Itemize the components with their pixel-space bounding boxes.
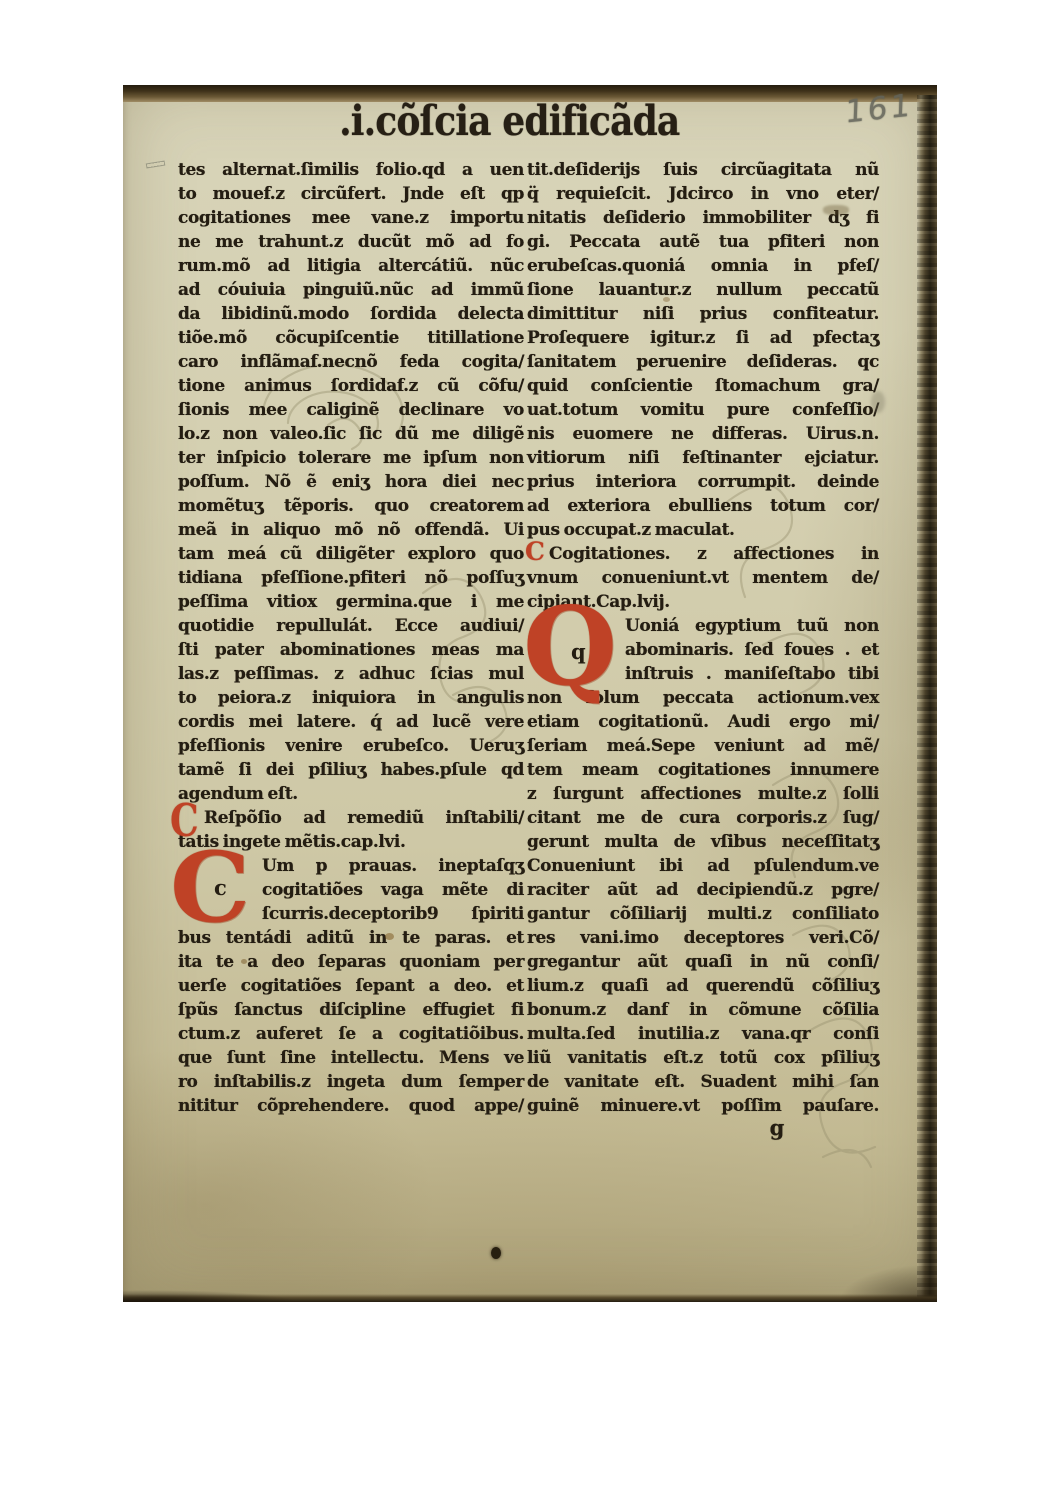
initial-c-glyph: C (170, 851, 256, 925)
text-line: ſione lauantur.z nullum peccatũ (527, 278, 879, 302)
text-line: rum.mõ ad litigia altercátiũ. nũc (178, 254, 524, 278)
foxing-spot (241, 959, 247, 964)
text-line: tione animus ſordidaf.z cũ cõfu/ (178, 374, 524, 398)
text-line: ſti pater abominationes meas ma (178, 638, 524, 662)
running-title: .i.cõſcia edificãda (123, 97, 937, 145)
text-line: gi. Peccata autẽ tua pfiteri non (527, 230, 879, 254)
text-line: ter inſpicio tolerare me ipſum non (178, 446, 524, 470)
rubricated-initial-Q: Q q (523, 611, 617, 689)
text-line: cordis mei latere. q́ ad lucẽ vere (178, 710, 524, 734)
text-line: bonum.z danf in cõmune cõſilia (527, 998, 879, 1022)
text-line: gerunt multa de vſibus neceſſitatʒ (527, 830, 879, 854)
text-line: quotidie repullulát. Ecce audiui/ (178, 614, 524, 638)
text-line: q̈ requieſcit. Jdcirco in vno eter/ (527, 182, 879, 206)
margin-smudge (871, 391, 885, 413)
text-line: citant me de cura corporis.z ſug/ (527, 806, 879, 830)
text-line: poſſum. Nõ ẽ eniʒ hora diei nec (178, 470, 524, 494)
text-line: tamẽ ſi dei pſiliuʒ habes.pſule qd (178, 758, 524, 782)
text-line: lo.z non valeo.ſic ſic dũ me diligẽ (178, 422, 524, 446)
text-line: pus occupat.z maculat. (527, 518, 879, 542)
foxing-spot (663, 297, 670, 302)
text-line: de vanitate eſt. Suadent mihi ſan (527, 1070, 879, 1094)
text-line: multa.ſed inutilia.z vana.qr conſi (527, 1022, 879, 1046)
text-line: que ſunt ſine intellectu. Mens ve (178, 1046, 524, 1070)
text-line: caro inflãmaf.necnõ feda cogita/ (178, 350, 524, 374)
signature-mark: g (755, 1115, 799, 1140)
text-line: cogitationes mee vane.z importu (178, 206, 524, 230)
text-line: ſionis mee caliginẽ declinare vo (178, 398, 524, 422)
text-line: uerſe cogitatiões ſepant a deo. et (178, 974, 524, 998)
text-line: ne me trahunt.z ducũt mõ ad fo (178, 230, 524, 254)
text-line: ſpũs ſanctus diſcipline effugiet fi (178, 998, 524, 1022)
text-line: tam meá cũ diligẽter exploro quo (178, 542, 524, 566)
text-line: nis euomere ne differas. Uirus.n. (527, 422, 879, 446)
text-line: momẽtuʒ tẽporis. quo creatorem (178, 494, 524, 518)
text-line: liũ vanitatis eſt.z totũ cox pſiliuʒ (527, 1046, 879, 1070)
text-line: pfeſſionis venire erubeſco. Ueruʒ (178, 734, 524, 758)
foxing-spot (385, 933, 394, 940)
folio-number-handwritten: 161 (845, 87, 914, 130)
text-line: ſeriam meá.Sepe veniunt ad mẽ/ (527, 734, 879, 758)
initial-q-glyph: Q (523, 611, 617, 683)
text-line: tidiana pfeſſione.pfiteri nõ poſſuʒ (178, 566, 524, 590)
text-line: uat.totum vomitu pure confeſſio/ (527, 398, 879, 422)
guide-letter-q: q (571, 639, 586, 664)
text-line: lium.z quaſi ad querendũ cõſiliuʒ (527, 974, 879, 998)
bottom-left-shadow (123, 1284, 363, 1302)
text-line: dimittitur niſi prius confiteatur. (527, 302, 879, 326)
wormhole-spot (491, 1247, 501, 1259)
text-line: tem meam cogitationes innumere (527, 758, 879, 782)
text-line: ctum.z auferet ſe a cogitatiõibus. (178, 1022, 524, 1046)
text-line: ad cóuiuia pinguiũ.nũc ad immũ (178, 278, 524, 302)
text-line: peſſima vitiox germina.que i me (178, 590, 524, 614)
guide-letter-c: c (214, 875, 227, 900)
text-line: gregantur aũt quaſi in nũ conſi/ (527, 950, 879, 974)
text-line: to peiora.z iniquiora in angulis (178, 686, 524, 710)
text-line: CCogitationes. z affectiones in (527, 542, 879, 566)
text-line: Conueniunt ibi ad pſulendum.ve (527, 854, 879, 878)
text-line: las.z peſſimas. z adhuc ſcias mul (178, 662, 524, 686)
text-line: raciter aũt ad decipiendũ.z pgre/ (527, 878, 879, 902)
text-line: quid conſcientie ſtomachum gra/ (527, 374, 879, 398)
text-line: Proſequere igitur.z ſi ad pfectaʒ (527, 326, 879, 350)
rubric-paragraph-mark: C (525, 540, 545, 564)
bottom-right-shadow (777, 1242, 937, 1302)
text-line: erubeſcas.quoniá omnia in pfeſ/ (527, 254, 879, 278)
text-line: guinẽ minuere.vt poſſim pauſare. (527, 1094, 879, 1118)
text-line: prius interiora corrumpit. deinde (527, 470, 879, 494)
text-line: vitiorum niſi feſtinanter ejciatur. (527, 446, 879, 470)
text-line: etiam cogitationũ. Audi ergo mi/ (527, 710, 879, 734)
text-line: to mouef.z circũfert. Jnde eſt qp (178, 182, 524, 206)
text-line: tit.deſiderijs ſuis circũagitata nũ (527, 158, 879, 182)
text-line: ro inſtabilis.z ingeta dum ſemper (178, 1070, 524, 1094)
text-line: res vani.imo deceptores veri.Cõ/ (527, 926, 879, 950)
text-line: tiõe.mõ cõcupiſcentie titillatione (178, 326, 524, 350)
text-line: da libidinũ.modo ſordida delecta (178, 302, 524, 326)
rubricated-initial-C: C c (172, 851, 254, 927)
text-line: CReſpõſio ad remediũ inſtabili/ (178, 806, 524, 830)
text-line: tes alternat.ſimilis folio.qd a uen (178, 158, 524, 182)
foxing-spot (823, 205, 849, 215)
text-line: ad exteriora ebulliens totum cor/ (527, 494, 879, 518)
text-line: z ſurgunt affectiones multe.z ſolli (527, 782, 879, 806)
margin-pencil-dash (147, 162, 164, 167)
book-page: .i.cõſcia edificãda 161 tes alternat.ſim… (123, 85, 937, 1302)
text-line: agendum eſt. (178, 782, 524, 806)
scan-background: .i.cõſcia edificãda 161 tes alternat.ſim… (0, 0, 1060, 1500)
text-line: ſanitatem peruenire deſideras. qc (527, 350, 879, 374)
text-line: gantur cõſiliarij multi.z conſiliato (527, 902, 879, 926)
text-line: nititur cõprehendere. quod appe/ (178, 1094, 524, 1118)
text-column-left: tes alternat.ſimilis folio.qd a uento mo… (178, 158, 524, 1118)
text-line: meã in aliquo mõ nõ offendã. Ui (178, 518, 524, 542)
text-line: ita te a deo ſeparas quoniam per (178, 950, 524, 974)
running-title-text: .i.cõſcia edificãda (339, 97, 679, 145)
book-fore-edge (917, 95, 937, 1298)
